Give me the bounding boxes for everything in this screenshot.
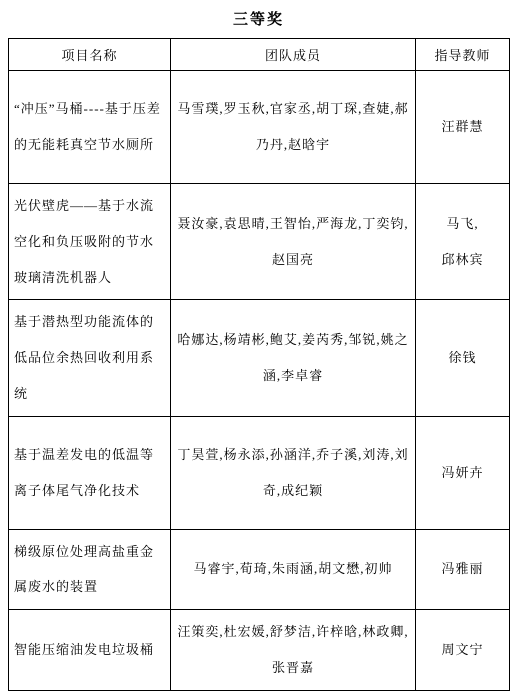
- members-cell: 马雪璞,罗玉秋,官家丞,胡丁琛,查婕,郝乃丹,赵晗宇: [171, 71, 416, 184]
- project-cell: 智能压缩油发电垃圾桶: [9, 610, 171, 691]
- members-cell: 丁昊萱,杨永添,孙涵洋,乔子溪,刘涛,刘奇,成纪颖: [171, 416, 416, 529]
- members-cell: 马睿宇,荀琦,朱雨涵,胡文懋,初帅: [171, 529, 416, 610]
- table-row: 基于温差发电的低温等离子体尾气净化技术 丁昊萱,杨永添,孙涵洋,乔子溪,刘涛,刘…: [9, 416, 510, 529]
- teacher-cell: 周文宁: [416, 610, 510, 691]
- project-cell: 光伏壁虎——基于水流空化和负压吸附的节水玻璃清洗机器人: [9, 184, 171, 300]
- header-advisor: 指导教师: [416, 39, 510, 71]
- teacher-cell: 马飞, 邱林宾: [416, 184, 510, 300]
- table-row: 智能压缩油发电垃圾桶 汪策奕,杜宏媛,舒梦洁,许梓晗,林政卿,张晋嘉 周文宁: [9, 610, 510, 691]
- header-team-members: 团队成员: [171, 39, 416, 71]
- header-project-name: 项目名称: [9, 39, 171, 71]
- project-cell: “冲压”马桶----基于压差的无能耗真空节水厕所: [9, 71, 171, 184]
- table-row: 基于潜热型功能流体的低品位余热回收利用系统 哈娜达,杨靖彬,鲍艾,姜芮秀,邹锐,…: [9, 300, 510, 416]
- table-row: 梯级原位处理高盐重金属废水的装置 马睿宇,荀琦,朱雨涵,胡文懋,初帅 冯雅丽: [9, 529, 510, 610]
- award-table: 项目名称 团队成员 指导教师 “冲压”马桶----基于压差的无能耗真空节水厕所 …: [8, 38, 510, 691]
- table-row: “冲压”马桶----基于压差的无能耗真空节水厕所 马雪璞,罗玉秋,官家丞,胡丁琛…: [9, 71, 510, 184]
- members-cell: 汪策奕,杜宏媛,舒梦洁,许梓晗,林政卿,张晋嘉: [171, 610, 416, 691]
- teacher-cell: 冯雅丽: [416, 529, 510, 610]
- project-cell: 梯级原位处理高盐重金属废水的装置: [9, 529, 171, 610]
- members-cell: 哈娜达,杨靖彬,鲍艾,姜芮秀,邹锐,姚之涵,李卓睿: [171, 300, 416, 416]
- table-header-row: 项目名称 团队成员 指导教师: [9, 39, 510, 71]
- project-cell: 基于潜热型功能流体的低品位余热回收利用系统: [9, 300, 171, 416]
- teacher-cell: 冯妍卉: [416, 416, 510, 529]
- teacher-cell: 徐钱: [416, 300, 510, 416]
- document-page: 三等奖 项目名称 团队成员 指导教师 “冲压”马桶----基于压差的无能耗真空节…: [0, 0, 517, 664]
- project-cell: 基于温差发电的低温等离子体尾气净化技术: [9, 416, 171, 529]
- members-cell: 聂汝豪,袁思晴,王智怡,严海龙,丁奕钧,赵国亮: [171, 184, 416, 300]
- table-row: 光伏壁虎——基于水流空化和负压吸附的节水玻璃清洗机器人 聂汝豪,袁思晴,王智怡,…: [9, 184, 510, 300]
- teacher-cell: 汪群慧: [416, 71, 510, 184]
- page-title: 三等奖: [0, 8, 517, 29]
